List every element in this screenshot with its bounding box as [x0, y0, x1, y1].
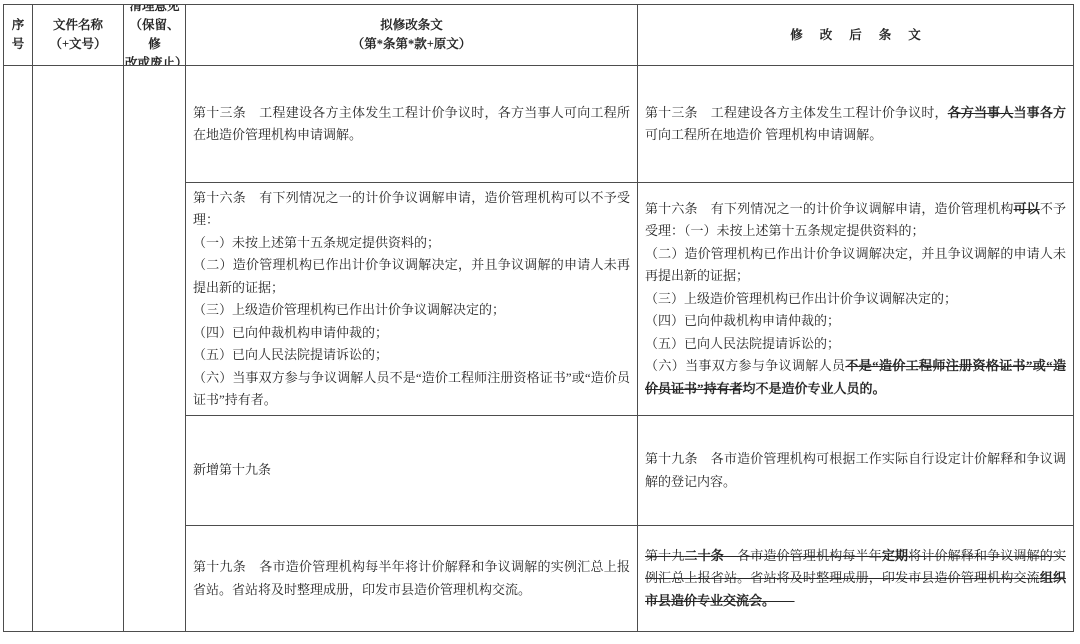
proposed-article-16-text: 第十六条 有下列情况之一的计价争议调解申请，造价管理机构可以不予受理： （一）未… [193, 187, 630, 412]
cell-proposed-article-16: 第十六条 有下列情况之一的计价争议调解申请，造价管理机构可以不予受理： （一）未… [186, 183, 638, 416]
cell-proposed-new-article-19: 新增第十九条 [186, 416, 638, 526]
revised-article-13-text: 第十三条 工程建设各方主体发生工程计价争议时，各方当事人当事各方可向工程所在地造… [645, 102, 1066, 147]
column-header-cleanup-opinion: 清理意见 （保留、修 改或废止） [124, 5, 186, 66]
cell-revised-article-19: 第十九条 各市造价管理机构可根据工作实际自行设定计价解释和争议调解的登记内容。 [638, 416, 1073, 526]
revision-comparison-table: 序 号 文件名称 （+文号） 清理意见 （保留、修 改或废止） 拟修改条文 （第… [3, 4, 1074, 632]
cell-cleanup-opinion-empty [124, 66, 186, 631]
column-header-revised-article: 修改后条文 [638, 5, 1073, 66]
cell-revised-article-16: 第十六条 有下列情况之一的计价争议调解申请，造价管理机构可以不予受理：（一）未按… [638, 183, 1073, 416]
column-header-proposed-article: 拟修改条文 （第*条第*款+原文） [186, 5, 638, 66]
cell-proposed-article-19: 第十九条 各市造价管理机构每半年将计价解释和争议调解的实例汇总上报省站。省站将及… [186, 526, 638, 631]
revised-article-16-text: 第十六条 有下列情况之一的计价争议调解申请，造价管理机构可以不予受理：（一）未按… [645, 198, 1066, 401]
column-header-serial-number: 序 号 [4, 5, 33, 66]
revised-article-19-20-deleted-text: 第十九二十条 各市造价管理机构每半年定期将计价解释和争议调解的实例汇总上报省站。… [645, 545, 1066, 613]
cell-proposed-article-13: 第十三条 工程建设各方主体发生工程计价争议时，各方当事人可向工程所在地造价管理机… [186, 66, 638, 183]
cell-serial-number-empty [4, 66, 33, 631]
proposed-article-13-text: 第十三条 工程建设各方主体发生工程计价争议时，各方当事人可向工程所在地造价管理机… [193, 102, 630, 147]
cell-revised-article-19-20-deleted: 第十九二十条 各市造价管理机构每半年定期将计价解释和争议调解的实例汇总上报省站。… [638, 526, 1073, 631]
proposed-new-article-19-text: 新增第十九条 [193, 459, 630, 482]
revised-article-19-text: 第十九条 各市造价管理机构可根据工作实际自行设定计价解释和争议调解的登记内容。 [645, 448, 1066, 493]
column-header-file-name: 文件名称 （+文号） [33, 5, 124, 66]
proposed-article-19-text: 第十九条 各市造价管理机构每半年将计价解释和争议调解的实例汇总上报省站。省站将及… [193, 556, 630, 601]
cell-revised-article-13: 第十三条 工程建设各方主体发生工程计价争议时，各方当事人当事各方可向工程所在地造… [638, 66, 1073, 183]
cell-file-name-empty [33, 66, 124, 631]
